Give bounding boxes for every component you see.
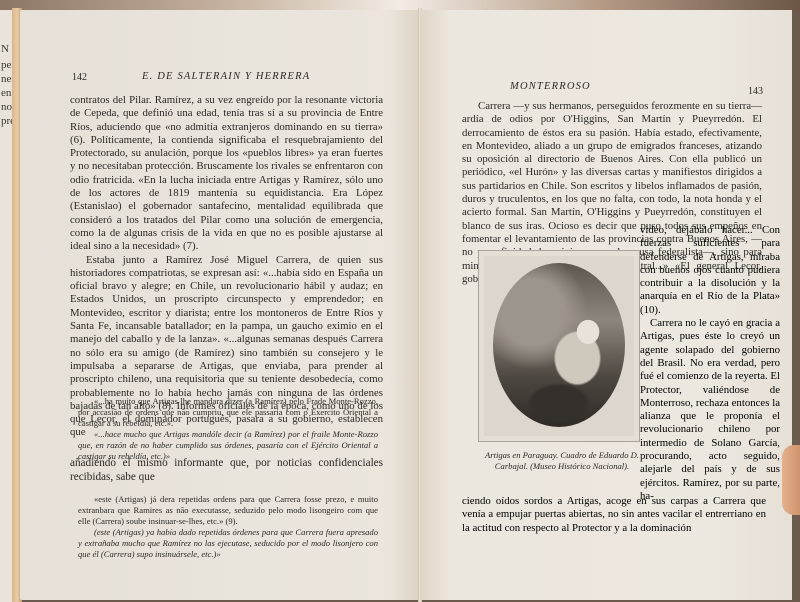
paragraph: Carrera no le cayó en gracia a Artigas, …	[640, 317, 780, 503]
bridge-text: añadiendo el mismo informante que, por n…	[70, 456, 383, 484]
left-page: 142 E. DE SALTERAIN Y HERRERA contratos …	[20, 10, 420, 600]
fragment: no	[1, 100, 12, 114]
running-head: E. DE SALTERAIN Y HERRERA	[142, 71, 310, 82]
thumb	[782, 445, 800, 515]
block-quote: «este (Artigas) já dera repetidas ordens…	[78, 494, 378, 560]
portrait-oval-image	[493, 263, 625, 427]
page-number: 143	[748, 86, 763, 97]
block-quote: «...ha muito que Artigas lhe mandara diz…	[78, 396, 378, 462]
paragraph: contratos del Pilar. Ramírez, a su vez e…	[70, 94, 383, 254]
figure-caption: Artigas en Paraguay. Cuadro de Eduardo D…	[478, 450, 646, 472]
page-number: 142	[72, 72, 87, 83]
portrait-illustration	[478, 250, 640, 442]
quote-translation: (este (Artigas) ya había dado repetidas …	[78, 527, 378, 560]
paragraph: video, dejábalo hacer... Con fuerzas suf…	[640, 224, 780, 317]
quote-portuguese: «este (Artigas) já dera repetidas ordens…	[78, 494, 378, 527]
body-text: contratos del Pilar. Ramírez, a su vez e…	[70, 94, 383, 440]
body-text-bottom: ciendo oídos sordos a Artigas, acoge en …	[462, 495, 766, 535]
quote-portuguese: «...ha muito que Artigas lhe mandara diz…	[78, 396, 378, 429]
running-head: MONTERROSO	[510, 81, 591, 92]
side-column-text: video, dejábalo hacer... Con fuerzas suf…	[640, 224, 780, 503]
fragment: en	[1, 86, 11, 100]
fragment: N	[1, 42, 9, 56]
